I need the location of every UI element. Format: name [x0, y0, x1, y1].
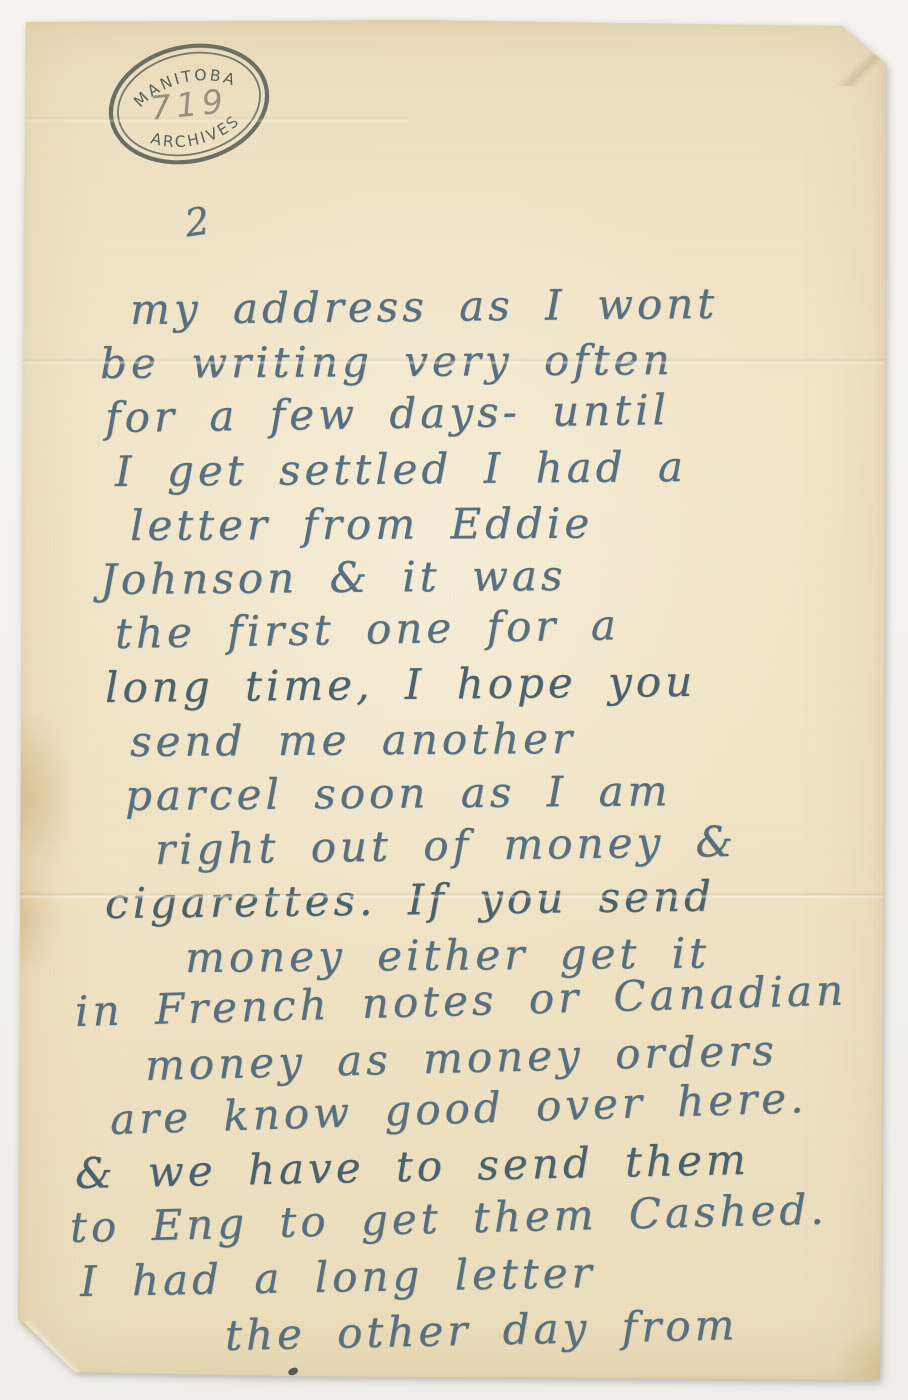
folded-corner	[18, 1321, 80, 1379]
letter-line-2: be writing very often	[100, 332, 880, 391]
letter-line-14: in French notes or Canadian	[74, 963, 880, 1039]
letter-line-17: & we have to send them	[74, 1130, 880, 1201]
letter-line-18: to Eng to get them Cashed.	[69, 1181, 880, 1255]
fold-crease-upper	[18, 358, 886, 365]
fold-crease-faint	[18, 116, 409, 123]
letter-line-4: I get settled I had a	[115, 438, 880, 499]
stamp-org-top-label: MANITOBA	[127, 56, 243, 113]
fold-crease-lower	[18, 892, 886, 899]
letter-line-10: parcel soon as I am	[125, 762, 880, 823]
letter-line-9: send me another	[130, 710, 880, 769]
letter-line-5: letter from Eddie	[130, 495, 880, 553]
letter-line-20: the other day from	[224, 1295, 880, 1363]
letter-line-19: I had a long letter	[80, 1241, 881, 1309]
letter-line-3: for a few days- until	[105, 380, 881, 445]
letter-line-12: cigarettes. If you send	[105, 868, 881, 931]
letter-line-16: are know good over here.	[109, 1069, 880, 1147]
letter-line-15: money as money orders	[144, 1021, 880, 1093]
letter-line-8: long time, I hope you	[105, 653, 881, 715]
letter-page-wrapper: MANITOBA ARCHIVES 719 2 my address as I …	[18, 20, 886, 1382]
manitoba-archives-stamp: MANITOBA ARCHIVES 719	[92, 24, 286, 183]
letter-line-11: right out of money &	[155, 813, 881, 877]
letter-line-13: money either get it	[185, 925, 880, 985]
page-number: 2	[182, 199, 212, 246]
letter-line-1: my address as I wont	[130, 275, 881, 337]
stamp-accession-number: 719	[148, 81, 230, 128]
letter-line-7: the first one for a	[115, 594, 881, 661]
letter-body: my address as I wont be writing very oft…	[58, 283, 880, 1363]
letter-page: MANITOBA ARCHIVES 719 2 my address as I …	[18, 20, 886, 1382]
clipped-corner-shade	[824, 24, 894, 86]
letter-line-6: Johnson & it was	[100, 546, 880, 607]
edge-speck	[887, 131, 892, 138]
stamp-inner-ring	[108, 39, 271, 169]
ink-blot	[287, 1367, 298, 1376]
stamp-outer-ring	[99, 31, 279, 178]
stamp-org-bottom-label: ARCHIVES	[145, 109, 247, 159]
scanner-background: MANITOBA ARCHIVES 719 2 my address as I …	[0, 0, 908, 1400]
